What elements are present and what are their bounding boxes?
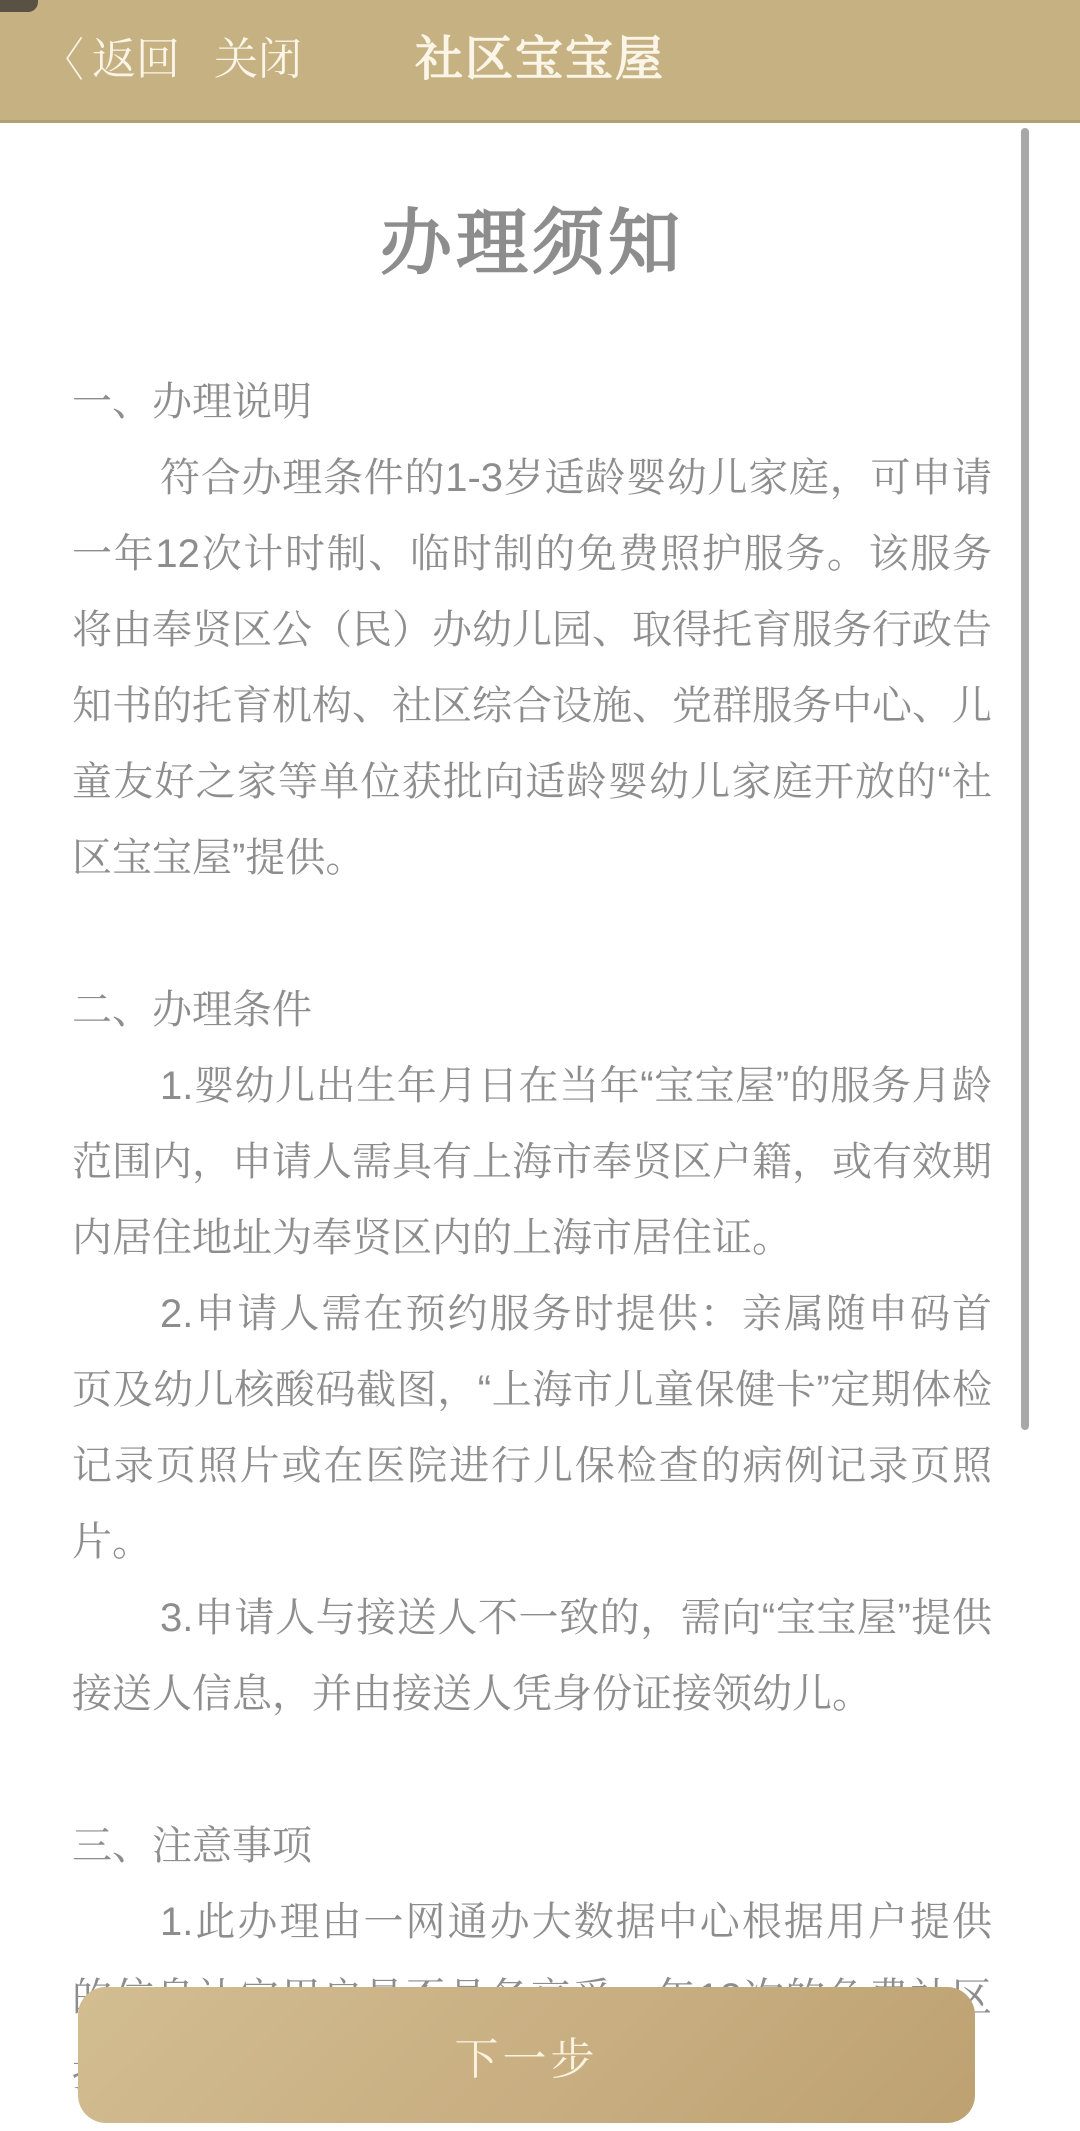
nav-left: 〈 返回 关闭: [42, 0, 302, 120]
scrollbar-thumb[interactable]: [1021, 128, 1029, 1430]
doc-sections: 一、办理说明 符合办理条件的1-3岁适龄婴幼儿家庭，可申请一年12次计时制、临时…: [72, 364, 992, 2112]
app-title: 社区宝宝屋: [415, 0, 665, 120]
section-paragraphs: 符合办理条件的1-3岁适龄婴幼儿家庭，可申请一年12次计时制、临时制的免费照护服…: [72, 440, 992, 896]
paragraph: 3.申请人与接送人不一致的，需向“宝宝屋”提供接送人信息，并由接送人凭身份证接领…: [72, 1580, 992, 1732]
app-bar: 〈 返回 关闭 社区宝宝屋: [0, 0, 1080, 123]
close-button-label: 关闭: [214, 0, 302, 120]
section-heading: 一、办理说明: [72, 364, 992, 440]
back-button-label: 返回: [92, 0, 180, 120]
section-heading: 二、办理条件: [72, 972, 992, 1048]
section: 一、办理说明 符合办理条件的1-3岁适龄婴幼儿家庭，可申请一年12次计时制、临时…: [72, 364, 992, 896]
back-button[interactable]: 〈 返回: [42, 0, 180, 120]
next-button[interactable]: 下一步: [78, 1987, 975, 2123]
section: 二、办理条件 1.婴幼儿出生年月日在当年“宝宝屋”的服务月龄范围内，申请人需具有…: [72, 972, 992, 1732]
next-button-label: 下一步: [455, 2023, 599, 2087]
section-heading: 三、注意事项: [72, 1808, 992, 1884]
page-title: 办理须知: [72, 208, 992, 280]
corner-artifact: [0, 0, 38, 12]
paragraph: 符合办理条件的1-3岁适龄婴幼儿家庭，可申请一年12次计时制、临时制的免费照护服…: [72, 440, 992, 896]
paragraph: 1.婴幼儿出生年月日在当年“宝宝屋”的服务月龄范围内，申请人需具有上海市奉贤区户…: [72, 1048, 992, 1276]
close-button[interactable]: 关闭: [214, 0, 302, 120]
chevron-left-icon: 〈: [47, 0, 84, 120]
section-paragraphs: 1.婴幼儿出生年月日在当年“宝宝屋”的服务月龄范围内，申请人需具有上海市奉贤区户…: [72, 1048, 992, 1732]
document: 办理须知 一、办理说明 符合办理条件的1-3岁适龄婴幼儿家庭，可申请一年12次计…: [0, 120, 1080, 2112]
paragraph: 2.申请人需在预约服务时提供：亲属随申码首页及幼儿核酸码截图，“上海市儿童保健卡…: [72, 1276, 992, 1580]
